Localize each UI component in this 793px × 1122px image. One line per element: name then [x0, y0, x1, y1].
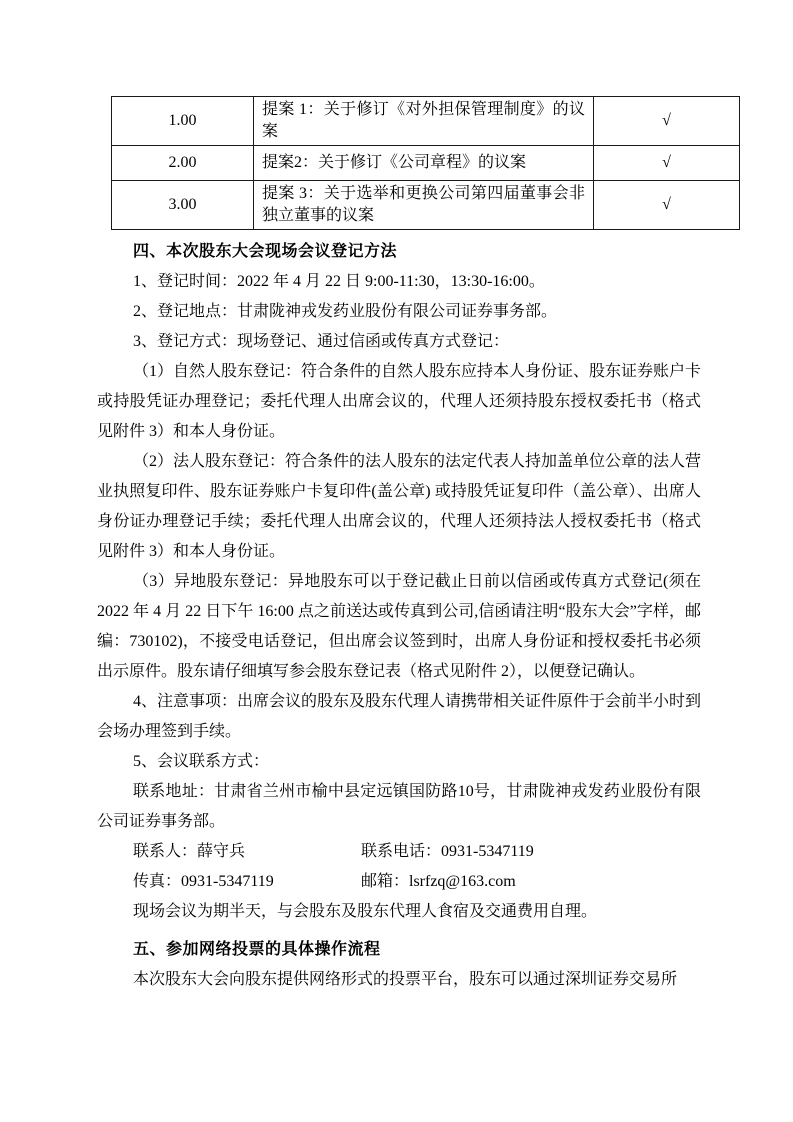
- section-heading-5: 五、参加网络投票的具体操作流程: [97, 935, 701, 965]
- paragraph-online-voting: 本次股东大会向股东提供网络形式的投票平台，股东可以通过深圳证券交易所: [97, 965, 701, 995]
- paragraph-registration-time: 1、登记时间：2022 年 4 月 22 日 9:00-11:30，13:30-…: [97, 267, 701, 297]
- paragraph-meeting-duration: 现场会议为期半天，与会股东及股东代理人食宿及交通费用自理。: [97, 897, 701, 927]
- checkmark-icon: √: [594, 181, 740, 230]
- table-row: 2.00 提案2：关于修订《公司章程》的议案 √: [112, 146, 740, 181]
- contact-row: 联系人：薛守兵 联系电话：0931-5347119: [97, 837, 701, 867]
- table-row: 1.00 提案 1：关于修订《对外担保管理制度》的议案 √: [112, 97, 740, 146]
- proposal-title: 提案2：关于修订《公司章程》的议案: [254, 146, 594, 181]
- paragraph-legal-person: （2）法人股东登记：符合条件的法人股东的法定代表人持加盖单位公章的法人营业执照复…: [97, 447, 701, 567]
- paragraph-contact-address: 联系地址：甘肃省兰州市榆中县定远镇国防路10号，甘肃陇神戎发药业股份有限公司证券…: [97, 777, 701, 837]
- document-page: 1.00 提案 1：关于修订《对外担保管理制度》的议案 √ 2.00 提案2：关…: [0, 0, 793, 1122]
- table-row: 3.00 提案 3：关于选举和更换公司第四届董事会非独立董事的议案 √: [112, 181, 740, 230]
- document-content: 1.00 提案 1：关于修订《对外担保管理制度》的议案 √ 2.00 提案2：关…: [97, 96, 701, 995]
- proposal-code: 2.00: [112, 146, 254, 181]
- proposal-title: 提案 3：关于选举和更换公司第四届董事会非独立董事的议案: [254, 181, 594, 230]
- proposal-title: 提案 1：关于修订《对外担保管理制度》的议案: [254, 97, 594, 146]
- section-heading-4: 四、本次股东大会现场会议登记方法: [97, 237, 701, 267]
- checkmark-icon: √: [594, 146, 740, 181]
- contact-fax: 传真：0931-5347119: [133, 867, 361, 897]
- checkmark-icon: √: [594, 97, 740, 146]
- paragraph-registration-place: 2、登记地点：甘肃陇神戎发药业股份有限公司证券事务部。: [97, 297, 701, 327]
- contact-email: 邮箱：lsrfzq@163.com: [361, 867, 701, 897]
- document-body: 四、本次股东大会现场会议登记方法 1、登记时间：2022 年 4 月 22 日 …: [97, 237, 701, 995]
- proposal-code: 3.00: [112, 181, 254, 230]
- proposal-code: 1.00: [112, 97, 254, 146]
- contact-row: 传真：0931-5347119 邮箱：lsrfzq@163.com: [97, 867, 701, 897]
- paragraph-contact-method: 5、会议联系方式：: [97, 747, 701, 777]
- paragraph-notice: 4、注意事项：出席会议的股东及股东代理人请携带相关证件原件于会前半小时到会场办理…: [97, 687, 701, 747]
- paragraph-natural-person: （1）自然人股东登记：符合条件的自然人股东应持本人身份证、股东证券账户卡或持股凭…: [97, 357, 701, 447]
- contact-person: 联系人：薛守兵: [133, 837, 361, 867]
- paragraph-remote-shareholder: （3）异地股东登记：异地股东可以于登记截止日前以信函或传真方式登记(须在 202…: [97, 567, 701, 687]
- paragraph-registration-method: 3、登记方式：现场登记、通过信函或传真方式登记：: [97, 327, 701, 357]
- contact-phone: 联系电话：0931-5347119: [361, 837, 701, 867]
- proposal-table: 1.00 提案 1：关于修订《对外担保管理制度》的议案 √ 2.00 提案2：关…: [111, 96, 740, 230]
